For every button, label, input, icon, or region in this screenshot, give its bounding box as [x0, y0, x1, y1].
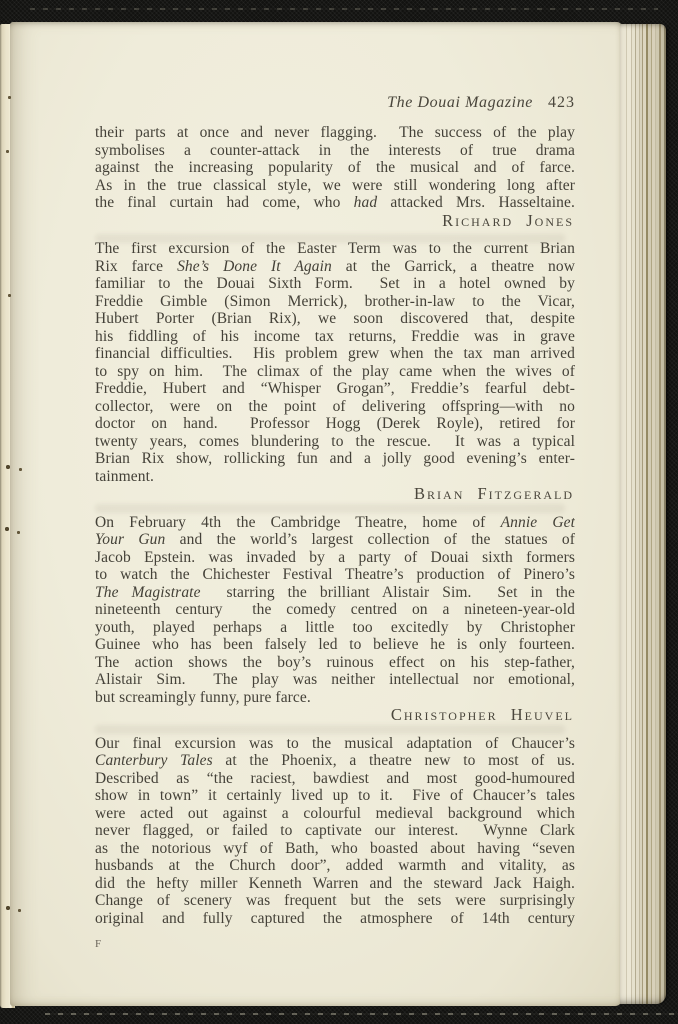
- signature-mark: F: [95, 938, 575, 950]
- text-line: husbands at the Church door”, added warm…: [95, 857, 575, 875]
- text-line: On February 4th the Cambridge Theatre, h…: [95, 514, 575, 532]
- book-scan: The Douai Magazine 423 their parts at on…: [0, 0, 678, 1024]
- cover-texture-line-top: [30, 8, 658, 10]
- text-line: Described as “the raciest, bawdiest and …: [95, 770, 575, 788]
- stitch-speck: [8, 294, 11, 297]
- text-line: original and fully captured the atmosphe…: [95, 910, 575, 928]
- text-line: familiar to the Douai Sixth Form. Set in…: [95, 275, 575, 293]
- text-line: the final curtain had come, who had atta…: [95, 194, 575, 212]
- text-line: his fiddling of his income tax returns, …: [95, 328, 575, 346]
- text-line: their parts at once and never flagging. …: [95, 124, 575, 142]
- stitch-speck: [17, 531, 20, 534]
- text-line: collector, were on the point of deliveri…: [95, 398, 575, 416]
- text-line: twenty years, comes blundering to the re…: [95, 433, 575, 451]
- text-line: nineteenth century the comedy centred on…: [95, 601, 575, 619]
- body-text: their parts at once and never flagging. …: [95, 124, 575, 927]
- text-line: The action shows the boy’s ruinous effec…: [95, 654, 575, 672]
- text-line: Guinee who has been falsely led to belie…: [95, 636, 575, 654]
- text-line: to watch the Chichester Festival Theatre…: [95, 566, 575, 584]
- text-line: doctor on hand. Professor Hogg (Derek Ro…: [95, 415, 575, 433]
- stitch-speck: [18, 909, 21, 912]
- text-line: As in the true classical style, we were …: [95, 177, 575, 195]
- paragraph: their parts at once and never flagging. …: [95, 124, 575, 229]
- text-line: never flagged, or failed to captivate ou…: [95, 822, 575, 840]
- page-content: The Douai Magazine 423 their parts at on…: [95, 94, 575, 950]
- text-line: Brian Rix show, rollicking fun and a jol…: [95, 450, 575, 468]
- cover-texture-line-bottom: [45, 1013, 678, 1015]
- text-line: show in town” it certainly lived up to i…: [95, 787, 575, 805]
- text-line: The Magistrate starring the brilliant Al…: [95, 584, 575, 602]
- author-attribution: Brian Fitzgerald: [95, 485, 575, 503]
- text-line: Your Gun and the world’s largest collect…: [95, 531, 575, 549]
- author-attribution: Richard Jones: [95, 212, 575, 230]
- text-line: Jacob Epstein. was invaded by a party of…: [95, 549, 575, 567]
- text-line: Freddie, Hubert and “Whisper Grogan”, Fr…: [95, 380, 575, 398]
- stitch-speck: [6, 906, 10, 910]
- text-line: symbolises a counter-attack in the inter…: [95, 142, 575, 160]
- text-line: Canterbury Tales at the Phoenix, a theat…: [95, 752, 575, 770]
- stitch-speck: [8, 96, 11, 99]
- paragraph: Our final excursion was to the musical a…: [95, 735, 575, 928]
- text-line: tainment.: [95, 468, 575, 486]
- author-attribution: Christopher Heuvel: [95, 706, 575, 724]
- text-line: The first excursion of the Easter Term w…: [95, 240, 575, 258]
- paragraph: On February 4th the Cambridge Theatre, h…: [95, 514, 575, 724]
- stitch-speck: [19, 468, 22, 471]
- stitch-speck: [6, 150, 9, 153]
- text-line: Change of scenery was frequent but the s…: [95, 892, 575, 910]
- text-line: Alistair Sim. The play was neither intel…: [95, 671, 575, 689]
- text-line: but screamingly funny, pure farce.: [95, 689, 575, 707]
- page-stack-edges: [620, 24, 666, 1004]
- page: The Douai Magazine 423 their parts at on…: [10, 22, 622, 1006]
- text-line: financial difficulties. His problem grew…: [95, 345, 575, 363]
- stitch-speck: [6, 465, 10, 469]
- text-line: Freddie Gimble (Simon Merrick), brother-…: [95, 293, 575, 311]
- stitch-speck: [5, 527, 9, 531]
- page-number: 423: [548, 94, 575, 112]
- text-line: youth, played perhaps a little too excit…: [95, 619, 575, 637]
- running-head: The Douai Magazine 423: [95, 94, 575, 112]
- text-line: to spy on him. The climax of the play ca…: [95, 363, 575, 381]
- text-line: as the notorious wyf of Bath, who boaste…: [95, 840, 575, 858]
- text-line: Hubert Porter (Brian Rix), we soon disco…: [95, 310, 575, 328]
- magazine-title: The Douai Magazine: [387, 94, 533, 112]
- text-line: Rix farce She’s Done It Again at the Gar…: [95, 258, 575, 276]
- text-line: did the hefty miller Kenneth Warren and …: [95, 875, 575, 893]
- text-line: were acted out against a colourful medie…: [95, 805, 575, 823]
- text-line: Our final excursion was to the musical a…: [95, 735, 575, 753]
- paragraph: The first excursion of the Easter Term w…: [95, 240, 575, 503]
- text-line: against the increasing popularity of the…: [95, 159, 575, 177]
